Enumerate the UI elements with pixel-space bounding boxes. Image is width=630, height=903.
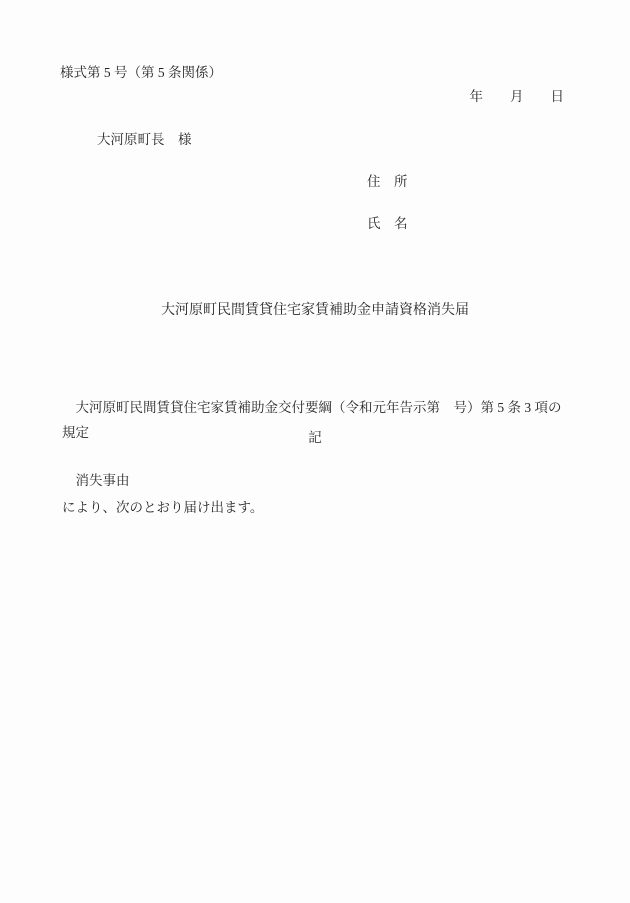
- record-heading: 記: [0, 430, 630, 445]
- name-label: 氏 名: [367, 216, 408, 231]
- reason-label: 消失事由: [62, 473, 130, 488]
- form-number: 様式第 5 号（第 5 条関係）: [60, 65, 222, 80]
- body-line-2: により、次のとおり届け出ます。: [62, 495, 568, 520]
- document-title: 大河原町民間賃貸住宅家賃補助金申請資格消失届: [0, 303, 630, 318]
- document-page: 様式第 5 号（第 5 条関係） 年 月 日 大河原町長 様 住 所 氏 名 大…: [0, 0, 630, 903]
- address-label: 住 所: [367, 174, 408, 189]
- body-paragraph: 大河原町民間賃貸住宅家賃補助金交付要綱（令和元年告示第 号）第 5 条 3 項の…: [62, 345, 568, 570]
- date-line: 年 月 日: [470, 89, 565, 104]
- addressee: 大河原町長 様: [97, 132, 192, 147]
